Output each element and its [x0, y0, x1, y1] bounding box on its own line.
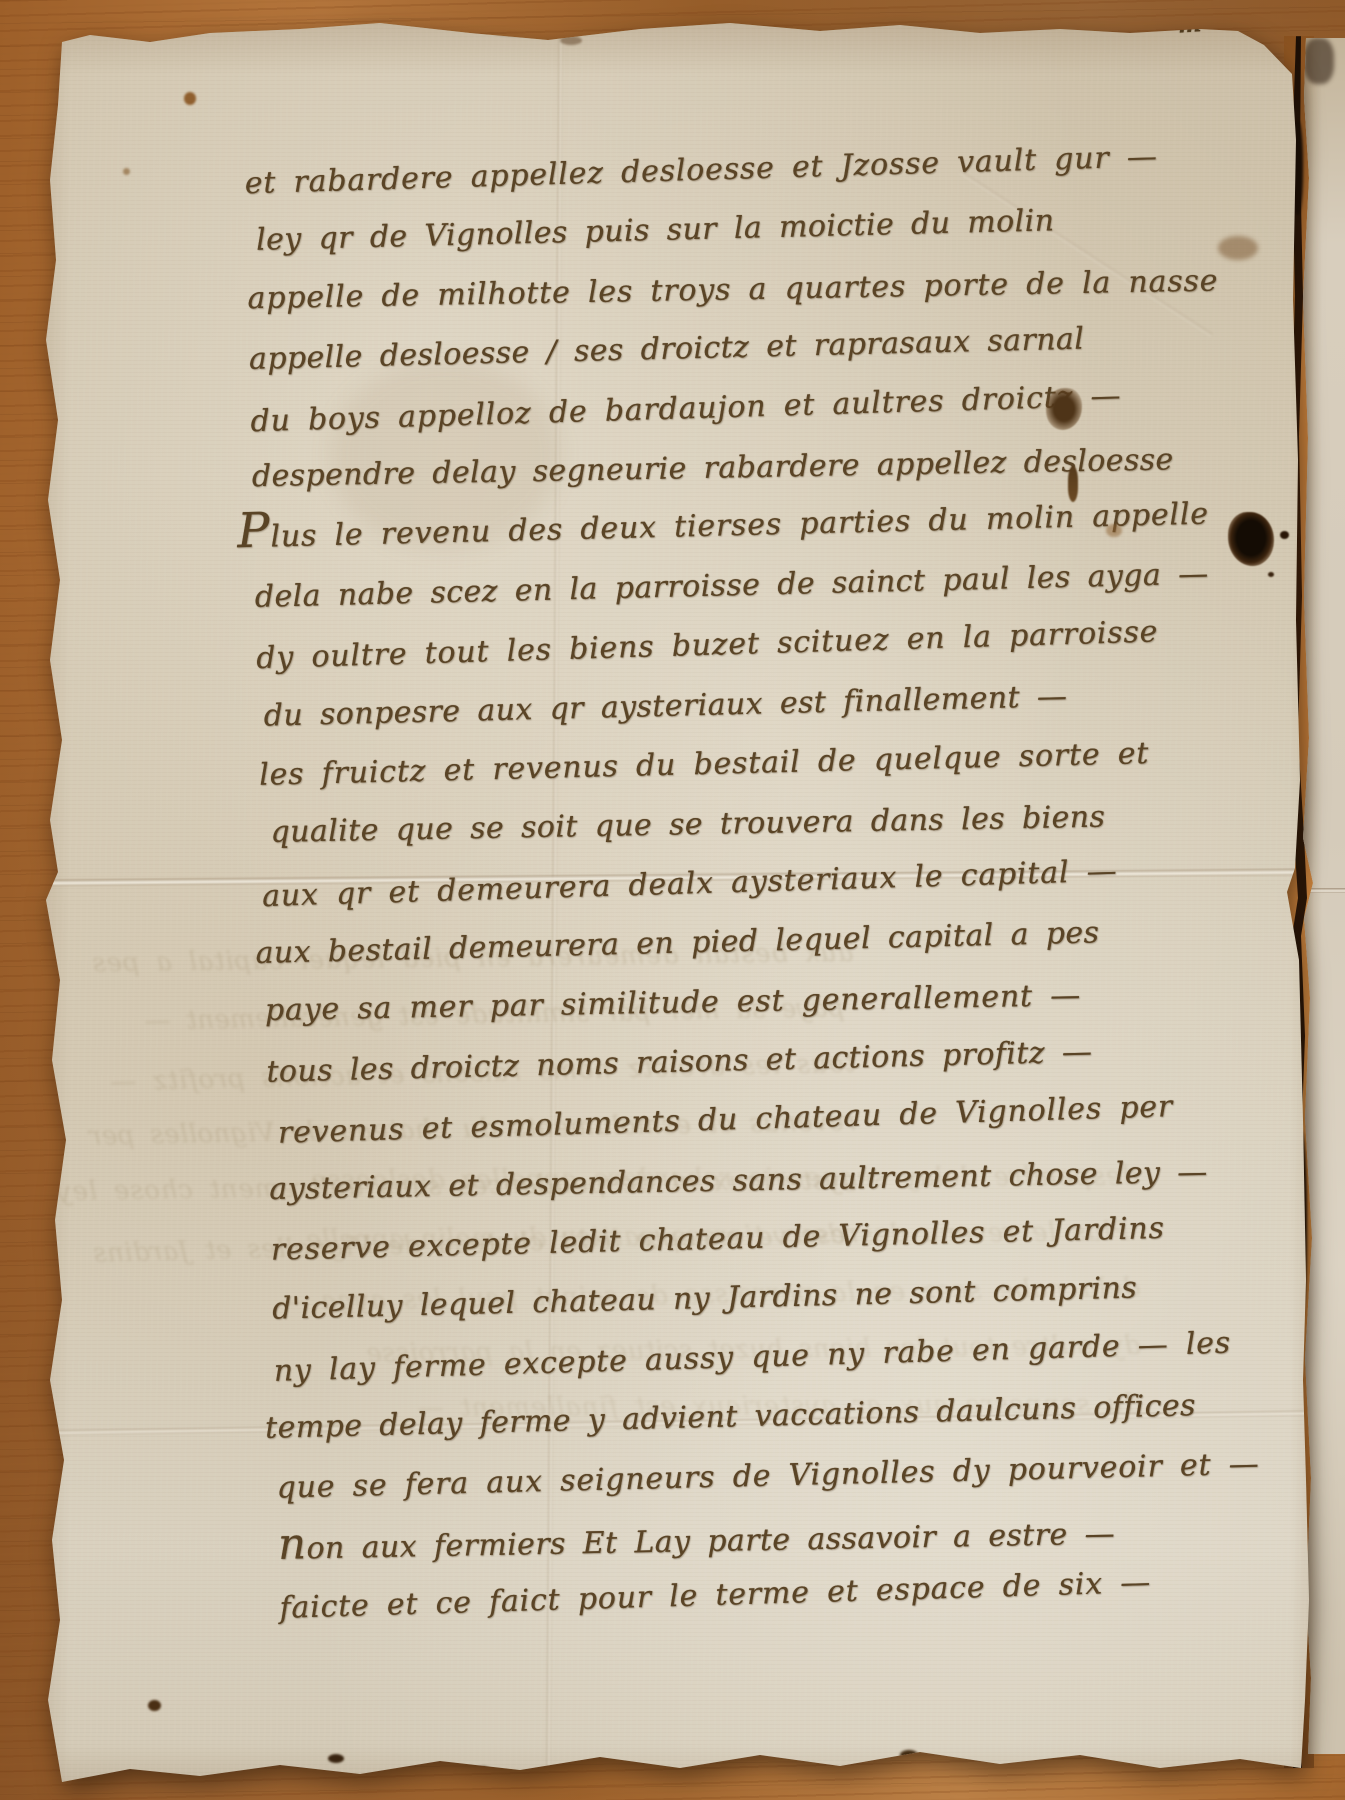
manuscript-sheet-wrapper: aux bestail demeurera en pied lequel cap… — [0, 0, 1345, 1800]
top-edge-dirt — [560, 36, 582, 45]
handwritten-text-block: et rabardere appellez desloesse et Jzoss… — [244, 130, 1160, 1636]
ink-blot-satellite — [1280, 531, 1289, 539]
bottom-edge-dirt — [328, 1754, 344, 1763]
bottom-edge-dirt — [900, 1750, 918, 1760]
bottom-edge-dirt — [478, 1766, 489, 1773]
corner-dirt-spot — [148, 1700, 161, 1711]
small-brown-spot — [1106, 524, 1122, 537]
folio-mark: m — [1177, 11, 1202, 39]
foxing-spot — [123, 168, 130, 175]
manuscript-sheet: aux bestail demeurera en pied lequel cap… — [0, 0, 1345, 1800]
top-edge-dirt — [488, 24, 554, 36]
manuscript-photo-scene: aux bestail demeurera en pied lequel cap… — [0, 0, 1345, 1800]
ink-drip — [1068, 466, 1078, 502]
foxing-spot — [184, 92, 196, 105]
ink-blot-satellite — [1268, 572, 1274, 577]
black-ink-blot-hole — [1228, 512, 1274, 566]
brown-smudge — [1218, 236, 1258, 260]
